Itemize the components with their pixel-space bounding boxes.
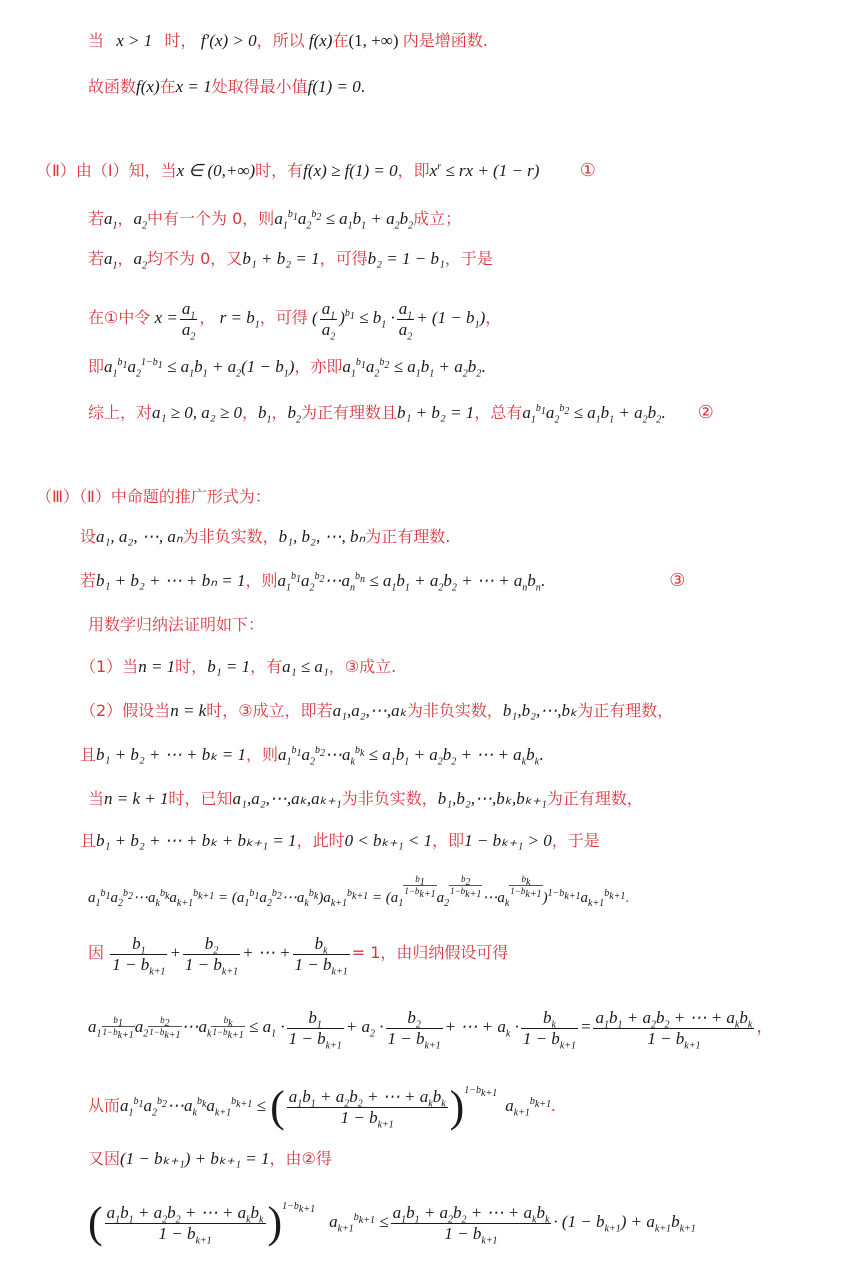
- proof-step-k-plus-1-condition: 且b₁ + b₂ + ⋯ + bₖ + bₖ₊₁ = 1，此时0 < bₖ₊₁ …: [80, 830, 600, 852]
- formula-fraction-sum: 因 b11 − bk+1+b21 − bk+1+ ⋯ +bk1 − bk+1= …: [88, 930, 508, 976]
- text-line-increasing: 当 x > 1 时， f′(x) > 0，所以 f(x)在(1, +∞) 内是增…: [88, 30, 488, 52]
- text-line-case-nonzero: 若a1，a2均不为 0，又b₁ + b₂ = 1，可得b₂ = 1 − b₁，于…: [88, 248, 493, 270]
- proof-step-1: （1）当n = 1时，b₁ = 1，有a₁ ≤ a₁，③成立.: [80, 656, 396, 678]
- formula-final-inequality: (a1b1 + a2b2 + ⋯ + akbk1 − bk+1)1−bk+1ak…: [88, 1196, 696, 1251]
- text-line-rewrite: 即a1b1a21−b1 ≤ a1b1 + a2(1 − b1)，亦即a1b1a2…: [88, 356, 486, 378]
- text-line-definition: 设a₁, a₂, ⋯, aₙ为非负实数，b₁, b₂, ⋯, bₙ为正有理数.: [80, 526, 450, 548]
- proof-step-2-hypothesis: （2）假设当n = k时，③成立，即若a₁,a₂,⋯,aₖ为非负实数，b₁,b₂…: [80, 700, 673, 722]
- inequality-2term: a1b1a2b2 ≤ a1b1 + a2b2: [274, 209, 413, 228]
- formula-product-rewrite: a1b1a2b2⋯akbkak+1bk+1 = (a1b1a2b2⋯akbk)a…: [88, 886, 629, 909]
- text-line-substitute: 在①中令 x =a1a2， r = b1，可得 (a1a2)b1 ≤ b1 ·a…: [88, 296, 501, 340]
- proof-step-k-plus-1: 当n = k + 1时，已知a₁,a₂,⋯,aₖ,aₖ₊₁为非负实数，b₁,b₂…: [88, 788, 643, 810]
- equation-marker-1: ①: [580, 160, 596, 181]
- text-line-also-because: 又因(1 − bₖ₊₁) + bₖ₊₁ = 1，由②得: [88, 1148, 332, 1170]
- proof-intro: 用数学归纳法证明如下：: [88, 614, 264, 636]
- formula-thus: 从而a1b1a2b2⋯akbkak+1bk+1 ≤ (a1b1 + a2b2 +…: [88, 1080, 555, 1135]
- text-line-minimum: 故函数f(x)在x = 1处取得最小值f(1) = 0.: [88, 76, 365, 98]
- equation-marker-2: ②: [698, 402, 714, 423]
- part-2-heading-line: （Ⅱ）由（Ⅰ）知，当x ∈ (0,+∞)时，有f(x) ≥ f(1) = 0，即…: [36, 160, 596, 182]
- formula-induction-application: a1b11−bk+1a2b21−bk+1⋯akbk1−bk+1 ≤ a1 ·b1…: [88, 1004, 773, 1050]
- equation-marker-3: ③: [669, 570, 685, 591]
- text-line-case-zero: 若a1，a2中有一个为 0，则a1b1a2b2 ≤ a1b1 + a2b2成立；: [88, 208, 461, 230]
- proof-step-2-condition: 且b₁ + b₂ + ⋯ + bₖ = 1，则a1b1a2b2⋯akbk ≤ a…: [80, 744, 543, 766]
- part-3-heading: （Ⅲ）（Ⅱ）中命题的推广形式为：: [36, 486, 271, 508]
- text-line-summary: 综上，对a₁ ≥ 0, a₂ ≥ 0，b1，b2为正有理数且b₁ + b₂ = …: [88, 402, 714, 424]
- text-line-general-inequality: 若b₁ + b₂ + ⋯ + bₙ = 1，则a1b1a2b2⋯anbn ≤ a…: [80, 570, 685, 592]
